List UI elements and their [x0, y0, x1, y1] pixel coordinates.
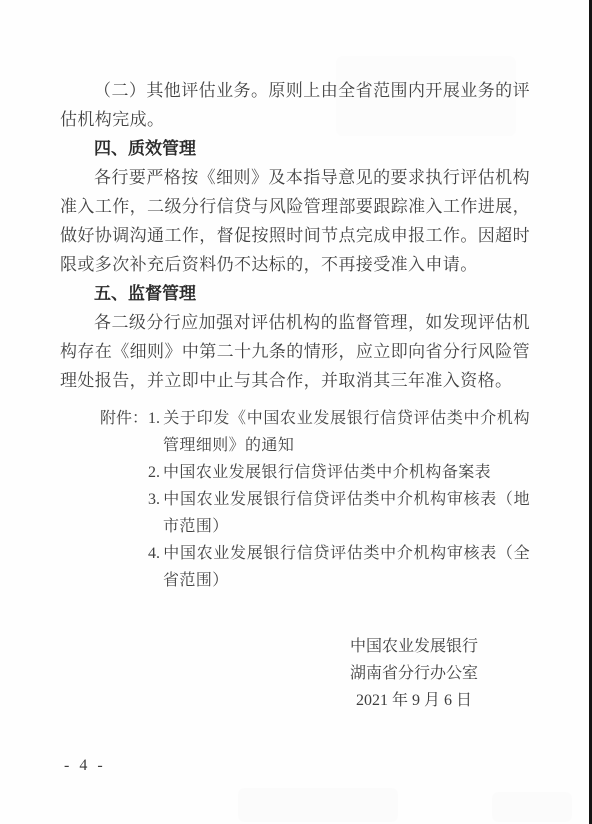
- attachment-item-text: 中国农业发展银行信贷评估类中介机构审核表（全省范围）: [163, 545, 530, 589]
- attachment-item-text: 关于印发《中国农业发展银行信贷评估类中介机构管理细则》的通知: [163, 410, 530, 454]
- attachment-item-text: 中国农业发展银行信贷评估类中介机构备案表: [163, 464, 491, 481]
- attachment-item-number: 3.: [148, 486, 163, 513]
- attachment-item-1: 1.关于印发《中国农业发展银行信贷评估类中介机构管理细则》的通知: [148, 405, 530, 459]
- attachments-list: 1.关于印发《中国农业发展银行信贷评估类中介机构管理细则》的通知 2.中国农业发…: [148, 405, 530, 594]
- signature-block: 中国农业发展银行 湖南省分行办公室 2021 年 9 月 6 日: [348, 633, 480, 714]
- attachment-item-number: 2.: [148, 459, 163, 486]
- attachments-block: 附件： 1.关于印发《中国农业发展银行信贷评估类中介机构管理细则》的通知 2.中…: [60, 405, 530, 594]
- attachment-item-3: 3.中国农业发展银行信贷评估类中介机构审核表（地市范围）: [148, 486, 530, 540]
- attachment-item-number: 1.: [148, 405, 163, 432]
- document-body: （二）其他评估业务。原则上由全省范围内开展业务的评估机构完成。 四、质效管理 各…: [60, 76, 530, 714]
- signature-date: 2021 年 9 月 6 日: [348, 687, 480, 714]
- paragraph-other-assessment-business: （二）其他评估业务。原则上由全省范围内开展业务的评估机构完成。: [60, 76, 530, 134]
- scan-blotch: [492, 792, 572, 822]
- paragraph-quality-management: 各行要严格按《细则》及本指导意见的要求执行评估机构准入工作，二级分行信贷与风险管…: [60, 163, 530, 279]
- scanned-document-page: { "content": { "para_intro": "（二）其他评估业务。…: [0, 0, 592, 824]
- section-heading-quality-management: 四、质效管理: [60, 134, 530, 163]
- page-number: - 4 -: [64, 757, 106, 775]
- attachment-item-number: 4.: [148, 540, 163, 567]
- scan-blotch: [238, 788, 398, 822]
- signature-org-office: 湖南省分行办公室: [348, 660, 480, 687]
- signature-org-name: 中国农业发展银行: [348, 633, 480, 660]
- attachment-item-text: 中国农业发展银行信贷评估类中介机构审核表（地市范围）: [163, 491, 530, 535]
- section-heading-supervision-management: 五、监督管理: [60, 279, 530, 308]
- attachment-item-2: 2.中国农业发展银行信贷评估类中介机构备案表: [148, 459, 530, 486]
- attachment-item-4: 4.中国农业发展银行信贷评估类中介机构审核表（全省范围）: [148, 540, 530, 594]
- paragraph-supervision-management: 各二级分行应加强对评估机构的监督管理，如发现评估机构存在《细则》中第二十九条的情…: [60, 308, 530, 395]
- attachments-label: 附件：: [100, 405, 148, 432]
